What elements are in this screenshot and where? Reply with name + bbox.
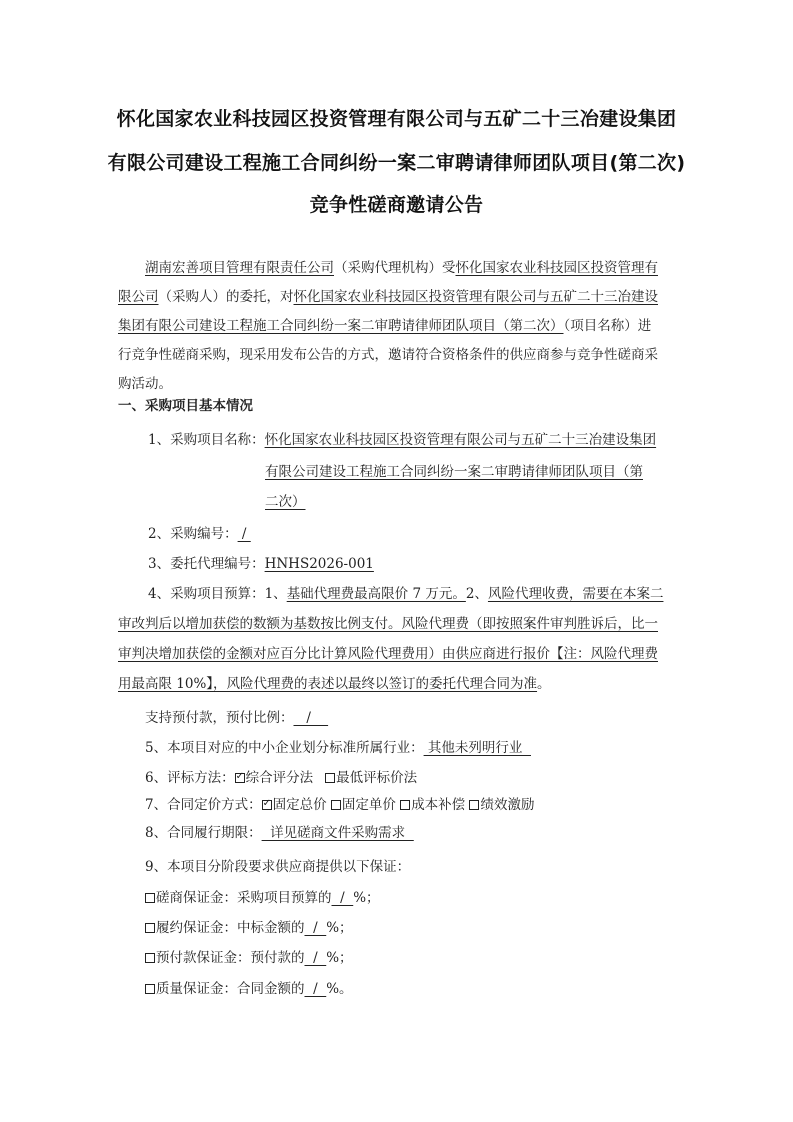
option-lowest-bid: 最低评标价法: [336, 770, 417, 786]
option-cost-reimbursement: 成本补偿: [411, 797, 465, 813]
guarantee-prepayment-value: /: [305, 950, 327, 966]
checkbox-performance-incentive[interactable]: [469, 800, 479, 810]
checkbox-performance-bond[interactable]: [145, 923, 155, 933]
purchaser-role: （采购人）的委托，对: [159, 289, 294, 305]
option-fixed-unit: 固定单价: [342, 797, 396, 813]
prepay-label: 支持预付款，预付比例：: [145, 710, 294, 726]
item-4-label: 4、采购项目预算：1、: [148, 586, 287, 602]
item-4-mid: 2、: [466, 586, 488, 602]
item-6: 6、评标方法：综合评分法最低评标价法: [145, 766, 417, 786]
checkbox-lowest-bid[interactable]: [325, 773, 335, 783]
item-4-line-3: 审判决增加获偿的金额对应百分比计算风险代理费用）由供应商进行报价【注：风险代理费: [118, 642, 658, 662]
item-9: 9、本项目分阶段要求供应商提供以下保证：: [145, 855, 410, 875]
guarantee-performance-label: 履约保证金：中标金额的: [156, 920, 305, 936]
item-7: 7、合同定价方式：固定总价 固定单价 成本补偿 绩效激励: [145, 793, 534, 813]
item-2-label: 2、采购编号：: [148, 526, 238, 542]
item-8: 8、合同履行期限： 详见磋商文件采购需求: [145, 821, 414, 841]
item-5: 5、本项目对应的中小企业划分标准所属行业： 其他未列明行业: [145, 736, 531, 756]
guarantee-consultation-suffix: %；: [353, 890, 379, 906]
item-4-line-4-text: 用最高限 10%】，风险代理费的表述以最终以签订的委托代理合同为准: [118, 676, 537, 692]
checkbox-fixed-unit[interactable]: [331, 800, 341, 810]
intro-line-1: 湖南宏善项目管理有限责任公司（采购代理机构）受怀化国家农业科技园区投资管理有: [145, 256, 658, 276]
item-1-label: 1、采购项目名称：: [148, 432, 265, 448]
item-3: 3、委托代理编号：HNHS2026-001: [148, 552, 374, 572]
intro-line-2: 限公司（采购人）的委托，对怀化国家农业科技园区投资管理有限公司与五矿二十三冶建设: [118, 285, 658, 305]
item-4-line-2: 审改判后以增加获偿的数额为基数按比例支付。风险代理费（即按照案件审判胜诉后，比一: [118, 612, 658, 632]
guarantee-prepayment-label: 预付款保证金：预付款的: [156, 950, 305, 966]
item-5-label: 5、本项目对应的中小企业划分标准所属行业：: [145, 740, 424, 756]
checkbox-prepayment-bond[interactable]: [145, 953, 155, 963]
project-role: （项目名称）进: [564, 318, 652, 334]
title-line-3: 竞争性磋商邀请公告: [0, 190, 793, 217]
guarantee-performance: 履约保证金：中标金额的 / %；: [145, 916, 353, 936]
purchaser-name-part2: 限公司: [118, 289, 159, 305]
section-1-heading: 一、采购项目基本情况: [118, 394, 253, 414]
agency-name: 湖南宏善项目管理有限责任公司: [145, 260, 334, 276]
item-8-value: 详见磋商文件采购需求: [262, 821, 414, 841]
purchaser-name-part1: 怀化国家农业科技园区投资管理有: [456, 260, 659, 276]
item-1-value-line-1: 怀化国家农业科技园区投资管理有限公司与五矿二十三冶建设集团: [265, 432, 657, 448]
item-6-label: 6、评标方法：: [145, 770, 235, 786]
item-7-label: 7、合同定价方式：: [145, 797, 262, 813]
checkbox-quality-bond[interactable]: [145, 984, 155, 994]
project-name-part2: 集团有限公司建设工程施工合同纠纷一案二审聘请律师团队项目（第二次）: [118, 318, 564, 334]
title-line-1: 怀化国家农业科技园区投资管理有限公司与五矿二十三冶建设集团: [0, 104, 793, 131]
guarantee-consultation: 磋商保证金：采购项目预算的 / %；: [145, 886, 380, 906]
option-comprehensive-scoring: 综合评分法: [246, 770, 314, 786]
guarantee-prepayment-suffix: %；: [326, 950, 352, 966]
item-4-part2: 风险代理收费，需要在本案二: [488, 586, 664, 602]
intro-line-3: 集团有限公司建设工程施工合同纠纷一案二审聘请律师团队项目（第二次）（项目名称）进: [118, 314, 651, 334]
item-1-value-line-2: 有限公司建设工程施工合同纠纷一案二审聘请律师团队项目（第: [265, 460, 643, 480]
guarantee-prepayment: 预付款保证金：预付款的 / %；: [145, 946, 353, 966]
option-fixed-total: 固定总价: [273, 797, 327, 813]
guarantee-performance-value: /: [305, 920, 327, 936]
item-1: 1、采购项目名称：怀化国家农业科技园区投资管理有限公司与五矿二十三冶建设集团: [148, 428, 656, 448]
item-4-line-4: 用最高限 10%】，风险代理费的表述以最终以签订的委托代理合同为准。: [118, 672, 551, 692]
checkbox-consultation-deposit[interactable]: [145, 893, 155, 903]
checkbox-fixed-total[interactable]: [262, 800, 272, 810]
project-name-part1: 怀化国家农业科技园区投资管理有限公司与五矿二十三冶建设: [294, 289, 659, 305]
item-1-value-line-3: 二次）: [265, 490, 306, 510]
item-3-value: HNHS2026-001: [265, 556, 374, 572]
prepay-row: 支持预付款，预付比例： /: [145, 706, 328, 726]
item-5-value: 其他未列明行业: [424, 736, 531, 756]
intro-line-5: 购活动。: [118, 372, 172, 392]
option-performance-incentive: 绩效激励: [480, 797, 534, 813]
item-8-label: 8、合同履行期限：: [145, 825, 262, 841]
intro-line-4: 行竞争性磋商采购，现采用发布公告的方式，邀请符合资格条件的供应商参与竞争性磋商采: [118, 343, 658, 363]
item-4-part1: 基础代理费最高限价 7 万元。: [287, 586, 466, 602]
guarantee-consultation-label: 磋商保证金：采购项目预算的: [156, 890, 332, 906]
guarantee-consultation-value: /: [332, 890, 354, 906]
item-3-label: 3、委托代理编号：: [148, 556, 265, 572]
checkbox-comprehensive-scoring[interactable]: [235, 773, 245, 783]
item-2: 2、采购编号： /: [148, 522, 251, 542]
guarantee-quality: 质量保证金：合同金额的 / %。: [145, 977, 353, 997]
agency-role: （采购代理机构）受: [334, 260, 456, 276]
document-page: 怀化国家农业科技园区投资管理有限公司与五矿二十三冶建设集团 有限公司建设工程施工…: [0, 0, 793, 1122]
guarantee-quality-label: 质量保证金：合同金额的: [156, 981, 305, 997]
guarantee-quality-suffix: %。: [326, 981, 352, 997]
prepay-value: /: [294, 710, 329, 726]
guarantee-quality-value: /: [305, 981, 327, 997]
item-4-line-4-end: 。: [537, 676, 551, 692]
title-line-2: 有限公司建设工程施工合同纠纷一案二审聘请律师团队项目(第二次): [0, 148, 793, 175]
checkbox-cost-reimbursement[interactable]: [400, 800, 410, 810]
guarantee-performance-suffix: %；: [326, 920, 352, 936]
item-2-value: /: [238, 526, 251, 542]
item-4: 4、采购项目预算：1、基础代理费最高限价 7 万元。2、风险代理收费，需要在本案…: [148, 582, 663, 602]
